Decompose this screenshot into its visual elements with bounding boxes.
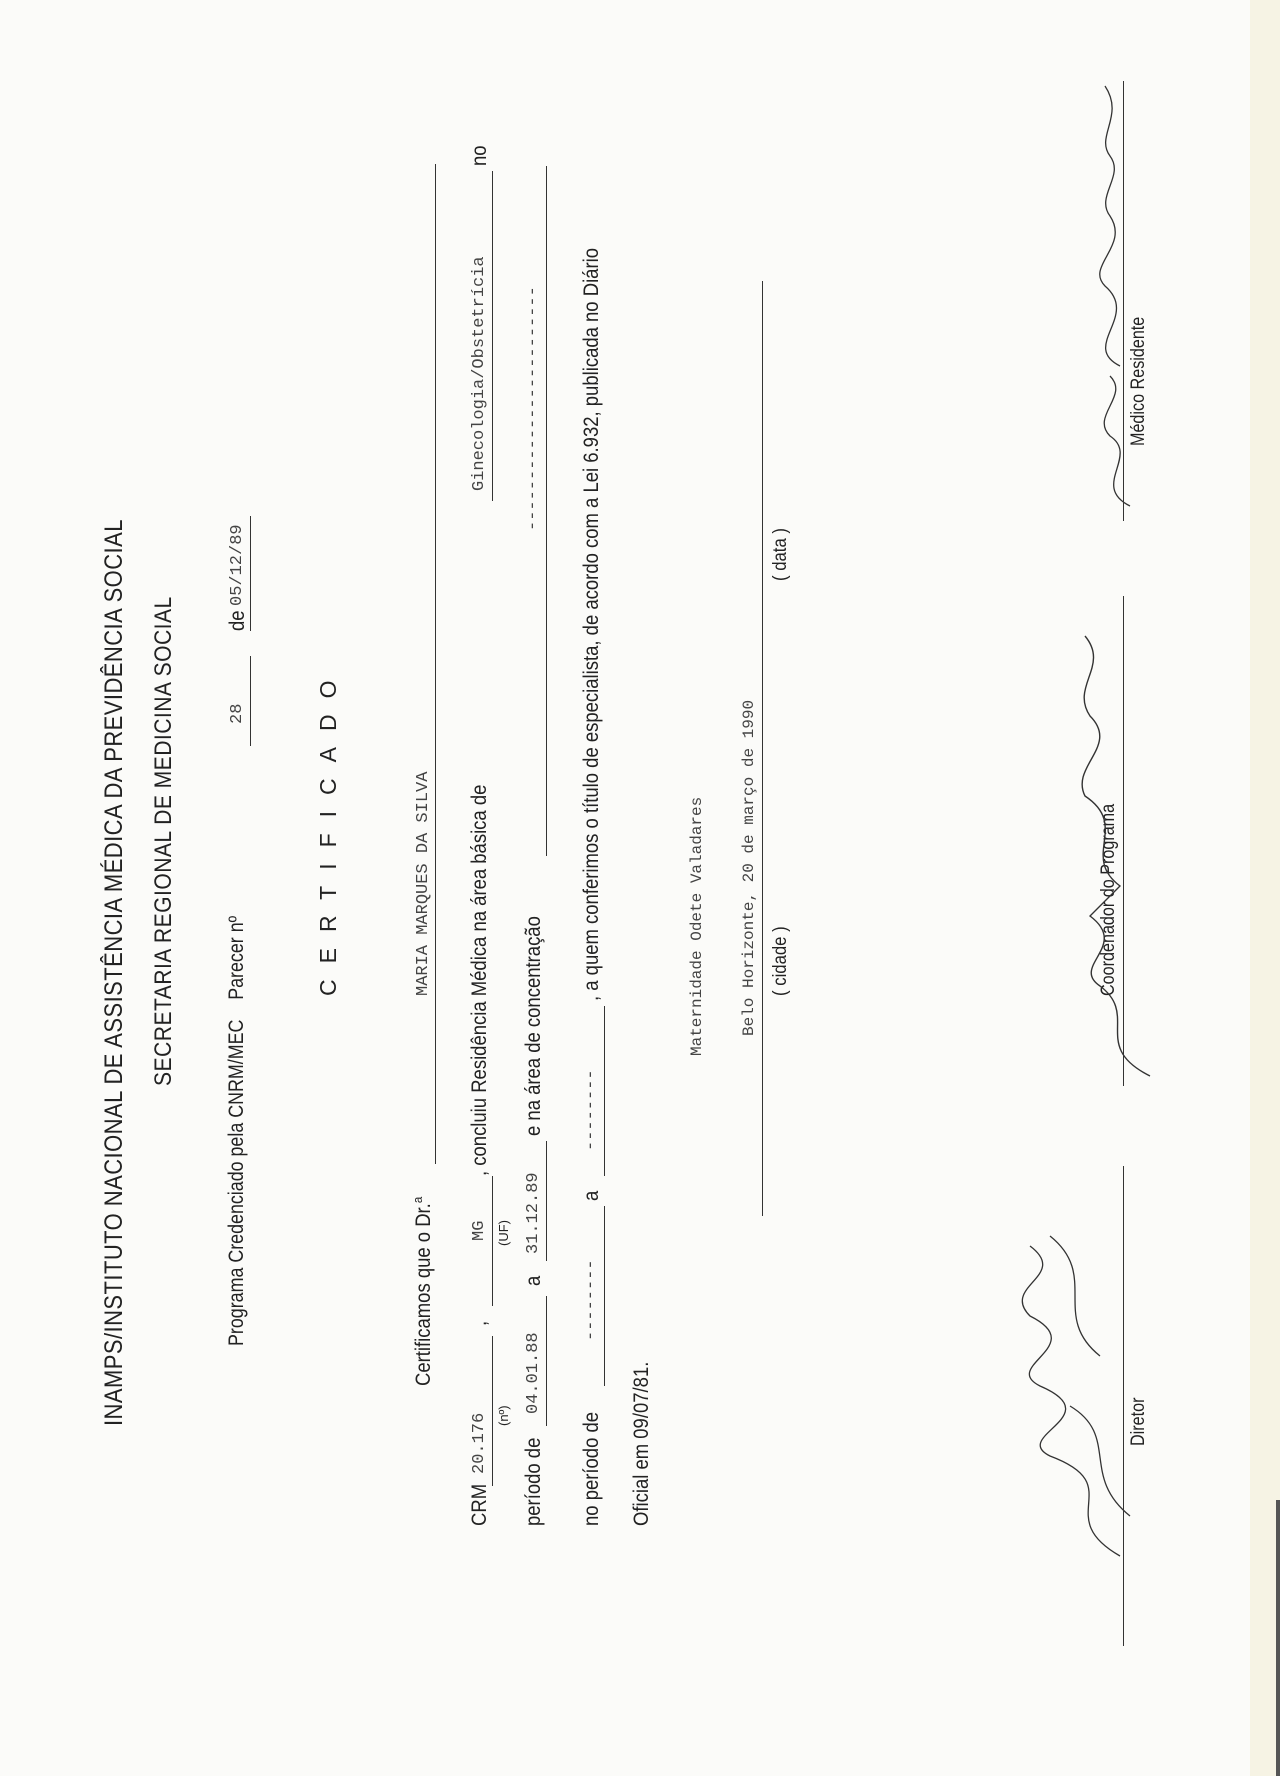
concluded-text: , concluiu Residência Médica na área bás… — [468, 785, 492, 1176]
area-basica: Ginecologia/Obstetrícia — [470, 256, 489, 491]
city-date: Belo Horizonte, 20 de março de 1990 — [740, 700, 758, 1036]
director-signature — [1010, 1196, 1150, 1576]
period2-a-label: a — [580, 1191, 604, 1201]
parecer-date-prefix: de — [226, 610, 250, 631]
parecer-number: 28 — [228, 704, 247, 724]
program-label: Programa Credenciado pela CNRM/MEC — [225, 1020, 248, 1346]
uf-caption: (UF) — [496, 1220, 511, 1246]
coordinator-signature — [1060, 606, 1170, 1086]
period-a-label: a — [522, 1276, 546, 1286]
certificate-sheet: INAMPS/INSTITUTO NACIONAL DE ASSISTÊNCIA… — [0, 0, 1280, 1776]
certificate-title: CERTIFICADO — [315, 665, 342, 996]
crm-number-caption: (nº) — [496, 1405, 511, 1426]
concentration-value: ------------------------ — [524, 286, 543, 531]
period-label: período de — [522, 1438, 546, 1526]
crm-number: 20.176 — [470, 1413, 489, 1474]
period2-start: -------- — [582, 1259, 601, 1341]
program-line: Programa Credenciado pela CNRM/MEC Parec… — [225, 916, 249, 1346]
concentration-label: e na área de concentração — [522, 916, 546, 1136]
period2-end: -------- — [582, 1069, 601, 1151]
city-caption: ( cidade ) — [770, 926, 792, 996]
conferral-text: , a quem conferimos o título de especial… — [580, 248, 604, 1001]
issuing-institution: Maternidade Odete Valadares — [688, 797, 706, 1056]
no-label: no — [468, 145, 492, 166]
institution-heading: INAMPS/INSTITUTO NACIONAL DE ASSISTÊNCIA… — [100, 519, 129, 1426]
comma: , — [468, 1321, 492, 1326]
doctor-name: MARIA MARQUES DA SILVA — [414, 772, 433, 996]
date-caption: ( data ) — [770, 528, 792, 581]
official-text: Oficial em 09/07/81. — [630, 1362, 654, 1526]
uf-value: MG — [470, 1221, 489, 1241]
no-periodo-label: no período de — [580, 1412, 604, 1526]
crm-label: CRM — [468, 1484, 492, 1526]
parecer-label: Parecer nº — [225, 916, 248, 1000]
secretariat-heading: SECRETARIA REGIONAL DE MEDICINA SOCIAL — [150, 596, 178, 1086]
resident-signature — [1070, 56, 1170, 516]
period-start: 04.01.88 — [524, 1332, 543, 1414]
certify-label: Certificamos que o Dr.a — [410, 1197, 436, 1386]
period-end: 31.12.89 — [524, 1172, 543, 1254]
parecer-date: 05/12/89 — [228, 524, 247, 606]
